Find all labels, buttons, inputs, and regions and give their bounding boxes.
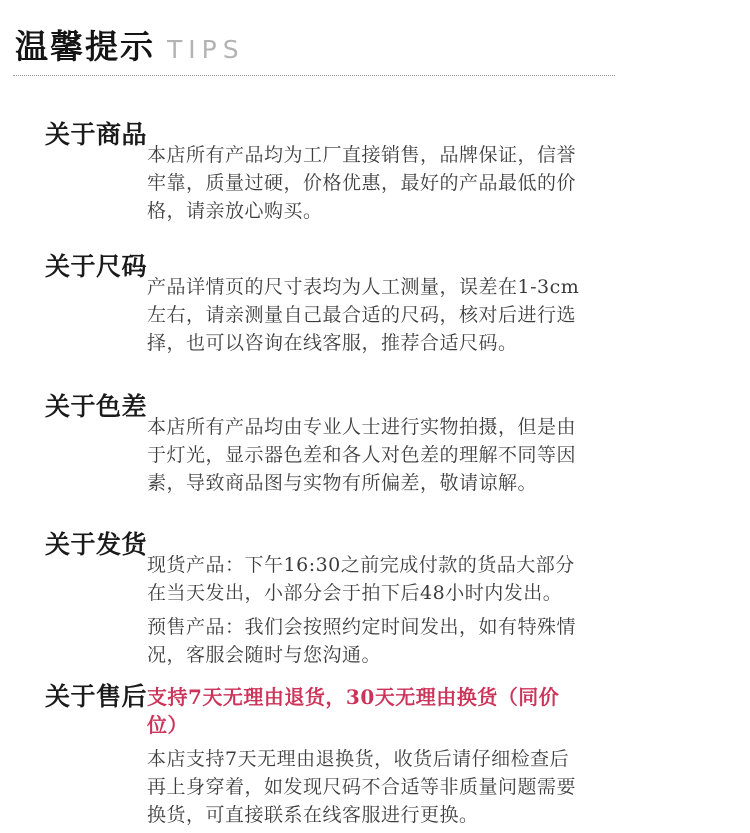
section-about-color: 关于色差 本店所有产品均由专业人士进行实物拍摄，但是由于灯光，显示器色差和各人对… — [45, 393, 750, 497]
return-policy-highlight: 支持7天无理由退货，30天无理由换货（同价位） — [147, 683, 582, 739]
section-about-product-body: 本店所有产品均为工厂直接销售，品牌保证，信誉牢靠，质量过硬，价格优惠，最好的产品… — [147, 121, 582, 225]
section-paragraph: 产品详情页的尺寸表均为人工测量，误差在1-3cm左右，请亲测量自己最合适的尺码，… — [147, 273, 582, 357]
section-paragraph: 本店支持7天无理由退换货，收货后请仔细检查后再上身穿着，如发现尺码不合适等非质量… — [147, 745, 582, 829]
dotted-divider — [13, 75, 615, 76]
section-paragraph: 预售产品：我们会按照约定时间发出，如有特殊情况，客服会随时与您沟通。 — [147, 613, 582, 669]
section-after-sales-body: 支持7天无理由退货，30天无理由换货（同价位） 本店支持7天无理由退换货，收货后… — [147, 683, 582, 829]
section-paragraph: 本店所有产品均由专业人士进行实物拍摄，但是由于灯光，显示器色差和各人对色差的理解… — [147, 413, 582, 497]
page-title-en: TIPS — [167, 35, 245, 64]
section-paragraph: 现货产品：下午16:30之前完成付款的货品大部分在当天发出，小部分会于拍下后48… — [147, 551, 582, 607]
section-about-color-heading: 关于色差 — [45, 393, 147, 422]
section-paragraph: 本店所有产品均为工厂直接销售，品牌保证，信誉牢靠，质量过硬，价格优惠，最好的产品… — [147, 141, 582, 225]
section-after-sales-heading: 关于售后 — [45, 683, 147, 712]
section-about-size: 关于尺码 产品详情页的尺寸表均为人工测量，误差在1-3cm左右，请亲测量自己最合… — [45, 253, 750, 357]
section-about-product: 关于商品 本店所有产品均为工厂直接销售，品牌保证，信誉牢靠，质量过硬，价格优惠，… — [45, 121, 750, 225]
section-about-shipping: 关于发货 现货产品：下午16:30之前完成付款的货品大部分在当天发出，小部分会于… — [45, 531, 750, 669]
tips-sections: 关于商品 本店所有产品均为工厂直接销售，品牌保证，信誉牢靠，质量过硬，价格优惠，… — [45, 121, 750, 829]
section-about-product-heading: 关于商品 — [45, 121, 147, 150]
section-about-color-body: 本店所有产品均由专业人士进行实物拍摄，但是由于灯光，显示器色差和各人对色差的理解… — [147, 393, 582, 497]
tips-page: 温馨提示 TIPS 关于商品 本店所有产品均为工厂直接销售，品牌保证，信誉牢靠，… — [0, 0, 750, 833]
section-about-size-body: 产品详情页的尺寸表均为人工测量，误差在1-3cm左右，请亲测量自己最合适的尺码，… — [147, 253, 582, 357]
page-header: 温馨提示 TIPS — [0, 0, 750, 76]
page-header-row: 温馨提示 TIPS — [15, 28, 750, 66]
section-after-sales: 关于售后 支持7天无理由退货，30天无理由换货（同价位） 本店支持7天无理由退换… — [45, 683, 750, 829]
section-about-shipping-body: 现货产品：下午16:30之前完成付款的货品大部分在当天发出，小部分会于拍下后48… — [147, 531, 582, 669]
section-about-size-heading: 关于尺码 — [45, 253, 147, 282]
page-title: 温馨提示 — [15, 28, 155, 66]
section-about-shipping-heading: 关于发货 — [45, 531, 147, 560]
